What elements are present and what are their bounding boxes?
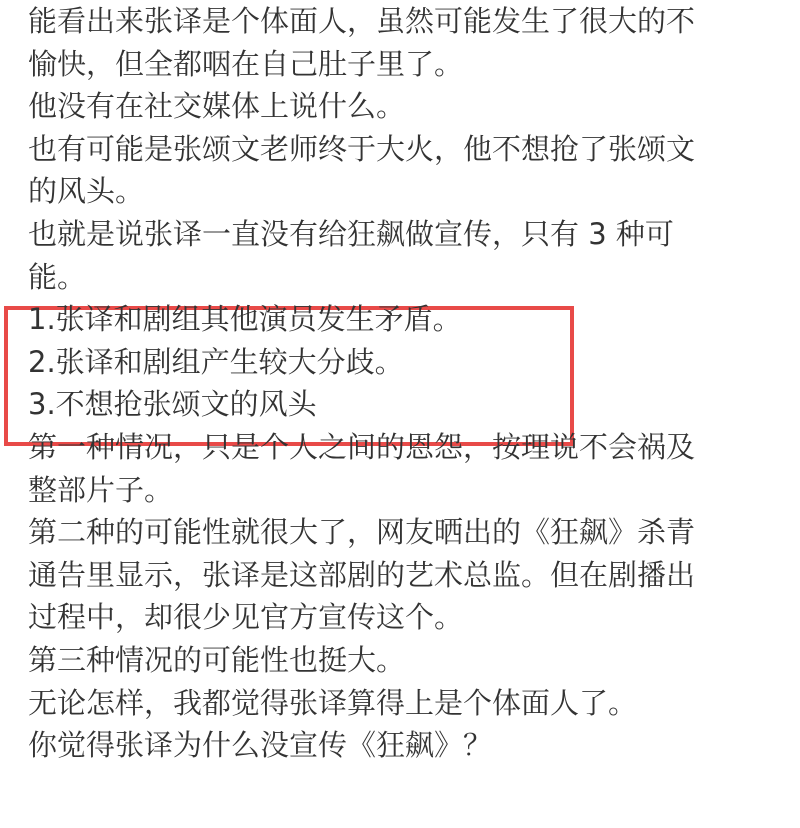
paragraph-line: 过程中，却很少见官方宣传这个。 xyxy=(28,596,790,639)
paragraph-line: 也有可能是张颂文老师终于大火，他不想抢了张颂文 xyxy=(28,128,790,171)
paragraph-line: 愉快，但全都咽在自己肚子里了。 xyxy=(28,43,790,86)
paragraph-line: 他没有在社交媒体上说什么。 xyxy=(28,85,790,128)
paragraph-line: 第二种的可能性就很大了，网友晒出的《狂飙》杀青 xyxy=(28,511,790,554)
paragraph-line: 能。 xyxy=(28,256,790,299)
paragraph-line: 整部片子。 xyxy=(28,469,790,512)
paragraph-line: 也就是说张译一直没有给狂飙做宣传，只有 3 种可 xyxy=(28,213,790,256)
list-item-3: 3.不想抢张颂文的风头 xyxy=(28,383,790,426)
closing-question: 你觉得张译为什么没宣传《狂飙》？ xyxy=(28,724,790,767)
paragraph-line: 的风头。 xyxy=(28,170,790,213)
list-item-2: 2.张译和剧组产生较大分歧。 xyxy=(28,341,790,384)
paragraph-line: 第三种情况的可能性也挺大。 xyxy=(28,639,790,682)
article-body: 能看出来张译是个体面人，虽然可能发生了很大的不 愉快，但全都咽在自己肚子里了。 … xyxy=(28,0,790,767)
list-item-1: 1.张译和剧组其他演员发生矛盾。 xyxy=(28,298,790,341)
paragraph-line: 无论怎样，我都觉得张译算得上是个体面人了。 xyxy=(28,682,790,725)
paragraph-line: 第一种情况，只是个人之间的恩怨，按理说不会祸及 xyxy=(28,426,790,469)
paragraph-line: 能看出来张译是个体面人，虽然可能发生了很大的不 xyxy=(28,0,790,43)
paragraph-line: 通告里显示，张译是这部剧的艺术总监。但在剧播出 xyxy=(28,554,790,597)
